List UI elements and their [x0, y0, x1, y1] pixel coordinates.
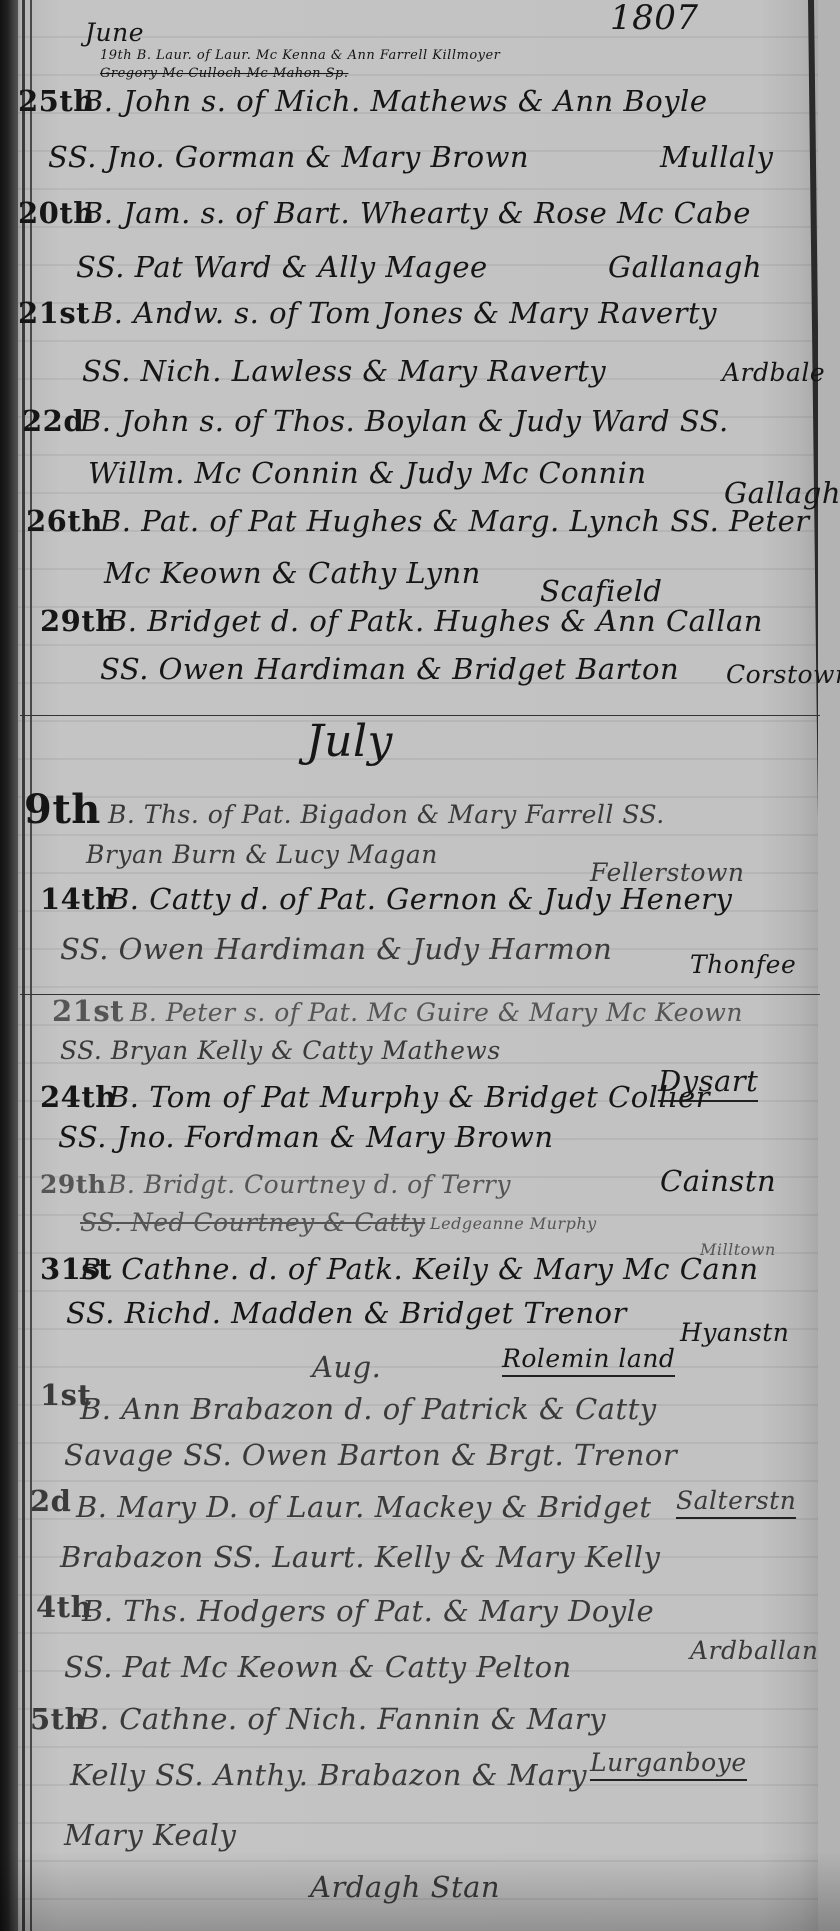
entry-townland: Lurganboye	[590, 1748, 747, 1781]
entry-townland: Salterstn	[676, 1486, 796, 1519]
entry-sponsors-line: Kelly SS. Anthy. Brabazon & Mary	[70, 1758, 587, 1792]
year-header: 1807	[610, 0, 699, 38]
entry-date: 21st	[18, 296, 90, 330]
entry-baptism-line: B. Jam. s. of Bart. Whearty & Rose Mc Ca…	[82, 196, 751, 230]
entry-baptism-line: B. Peter s. of Pat. Mc Guire & Mary Mc K…	[130, 998, 743, 1027]
entry-baptism-line: B. Mary D. of Laur. Mackey & Bridget	[76, 1490, 652, 1524]
entry-baptism-line: B. Ths. of Pat. Bigadon & Mary Farrell S…	[108, 800, 665, 829]
entry-date: 14th	[40, 882, 117, 916]
entry-sponsors-line: Mc Keown & Cathy Lynn	[104, 556, 481, 590]
entry-baptism-line: B. Ann Brabazon d. of Patrick & Catty	[80, 1392, 657, 1426]
entry-sponsors-line: SS. Owen Hardiman & Bridget Barton	[100, 652, 679, 686]
entry-townland: Thonfee	[690, 950, 796, 979]
entry-sponsors-line: SS. Pat Ward & Ally Magee	[76, 250, 488, 284]
entry-sponsors-line: SS. Bryan Kelly & Catty Mathews	[60, 1036, 501, 1065]
entry-baptism-line: B. Andw. s. of Tom Jones & Mary Raverty	[92, 296, 717, 330]
book-binding-edge	[0, 0, 18, 1931]
ruled-line	[20, 715, 820, 716]
entry-sponsors-line: SS. Jno. Fordman & Mary Brown	[58, 1120, 554, 1154]
entry-sponsors-line: Brabazon SS. Laurt. Kelly & Mary Kelly	[60, 1540, 660, 1574]
entry-baptism-line: B. Bridget d. of Patk. Hughes & Ann Call…	[106, 604, 763, 638]
entry-extra-line: Mary Kealy	[64, 1818, 236, 1852]
entry-baptism-line: B. John s. of Thos. Boylan & Judy Ward S…	[80, 404, 729, 438]
entry-townland: Gallanagh	[608, 250, 762, 284]
month-header-august: Aug.	[312, 1350, 381, 1384]
entry-townland: Ardbale	[722, 358, 825, 387]
entry-sponsors-line: Willm. Mc Connin & Judy Mc Connin	[88, 456, 647, 490]
register-page: June 1807 19th B. Laur. of Laur. Mc Kenn…	[0, 0, 840, 1931]
entry-date: 24th	[40, 1080, 117, 1114]
entry-baptism-line: B. Bridgt. Courtney d. of Terry	[108, 1170, 511, 1199]
entry-townland: Cainstn	[660, 1164, 776, 1198]
entry-townland: Mullaly	[660, 140, 773, 174]
entry-date: 9th	[24, 786, 101, 833]
entry-baptism-line: B. Cathne. d. of Patk. Keily & Mary Mc C…	[80, 1252, 759, 1286]
entry-townland: Hyanstn	[680, 1318, 789, 1347]
entry-baptism-line: B. Pat. of Pat Hughes & Marg. Lynch SS. …	[100, 504, 810, 538]
scan-shadow	[0, 1851, 840, 1931]
entry-baptism-line: B. Ths. Hodgers of Pat. & Mary Doyle	[82, 1594, 654, 1628]
insertion-line: 19th B. Laur. of Laur. Mc Kenna & Ann Fa…	[100, 48, 500, 63]
entry-date: 26th	[26, 504, 103, 538]
entry-sponsors-line: SS. Ned Courtney & Catty	[80, 1208, 425, 1237]
entry-date: 2d	[30, 1484, 71, 1518]
entry-extra-line: Ledgeanne Murphy	[430, 1214, 597, 1233]
entry-baptism-line: B. John s. of Mich. Mathews & Ann Boyle	[82, 84, 708, 118]
entry-baptism-line: B. Cathne. of Nich. Fannin & Mary	[78, 1702, 606, 1736]
month-header-june: June	[85, 18, 144, 47]
entry-sponsors-line: SS. Pat Mc Keown & Catty Pelton	[64, 1650, 572, 1684]
entry-baptism-line: B. Catty d. of Pat. Gernon & Judy Henery	[108, 882, 732, 916]
entry-sponsors-line: Savage SS. Owen Barton & Brgt. Trenor	[64, 1438, 677, 1472]
entry-townland: Ardballan	[690, 1636, 818, 1665]
month-header-july: July	[306, 716, 393, 767]
entry-sponsors-line: Bryan Burn & Lucy Magan	[86, 840, 438, 869]
entry-townland: Scafield	[540, 574, 662, 608]
entry-date: 22d	[22, 404, 84, 438]
entry-sponsors-line: SS. Owen Hardiman & Judy Harmon	[60, 932, 612, 966]
entry-date: 29th	[40, 1170, 107, 1199]
entry-townland: Corstown	[726, 660, 840, 689]
margin-rule	[30, 0, 32, 1931]
entry-sponsors-line: SS. Nich. Lawless & Mary Raverty	[82, 354, 606, 388]
entry-sponsors-line: SS. Jno. Gorman & Mary Brown	[48, 140, 529, 174]
entry-baptism-line: B. Tom of Pat Murphy & Bridget Collier	[108, 1080, 710, 1114]
entry-sponsors-line: SS. Richd. Madden & Bridget Trenor	[66, 1296, 627, 1330]
ruled-line	[20, 994, 820, 995]
entry-note: Rolemin land	[502, 1344, 675, 1377]
entry-date: 21st	[52, 994, 124, 1028]
insertion-line: Gregory Mc Culloch Mc Mahon Sp.	[100, 66, 348, 81]
margin-rule	[22, 0, 25, 1931]
page-edge	[818, 0, 840, 1931]
